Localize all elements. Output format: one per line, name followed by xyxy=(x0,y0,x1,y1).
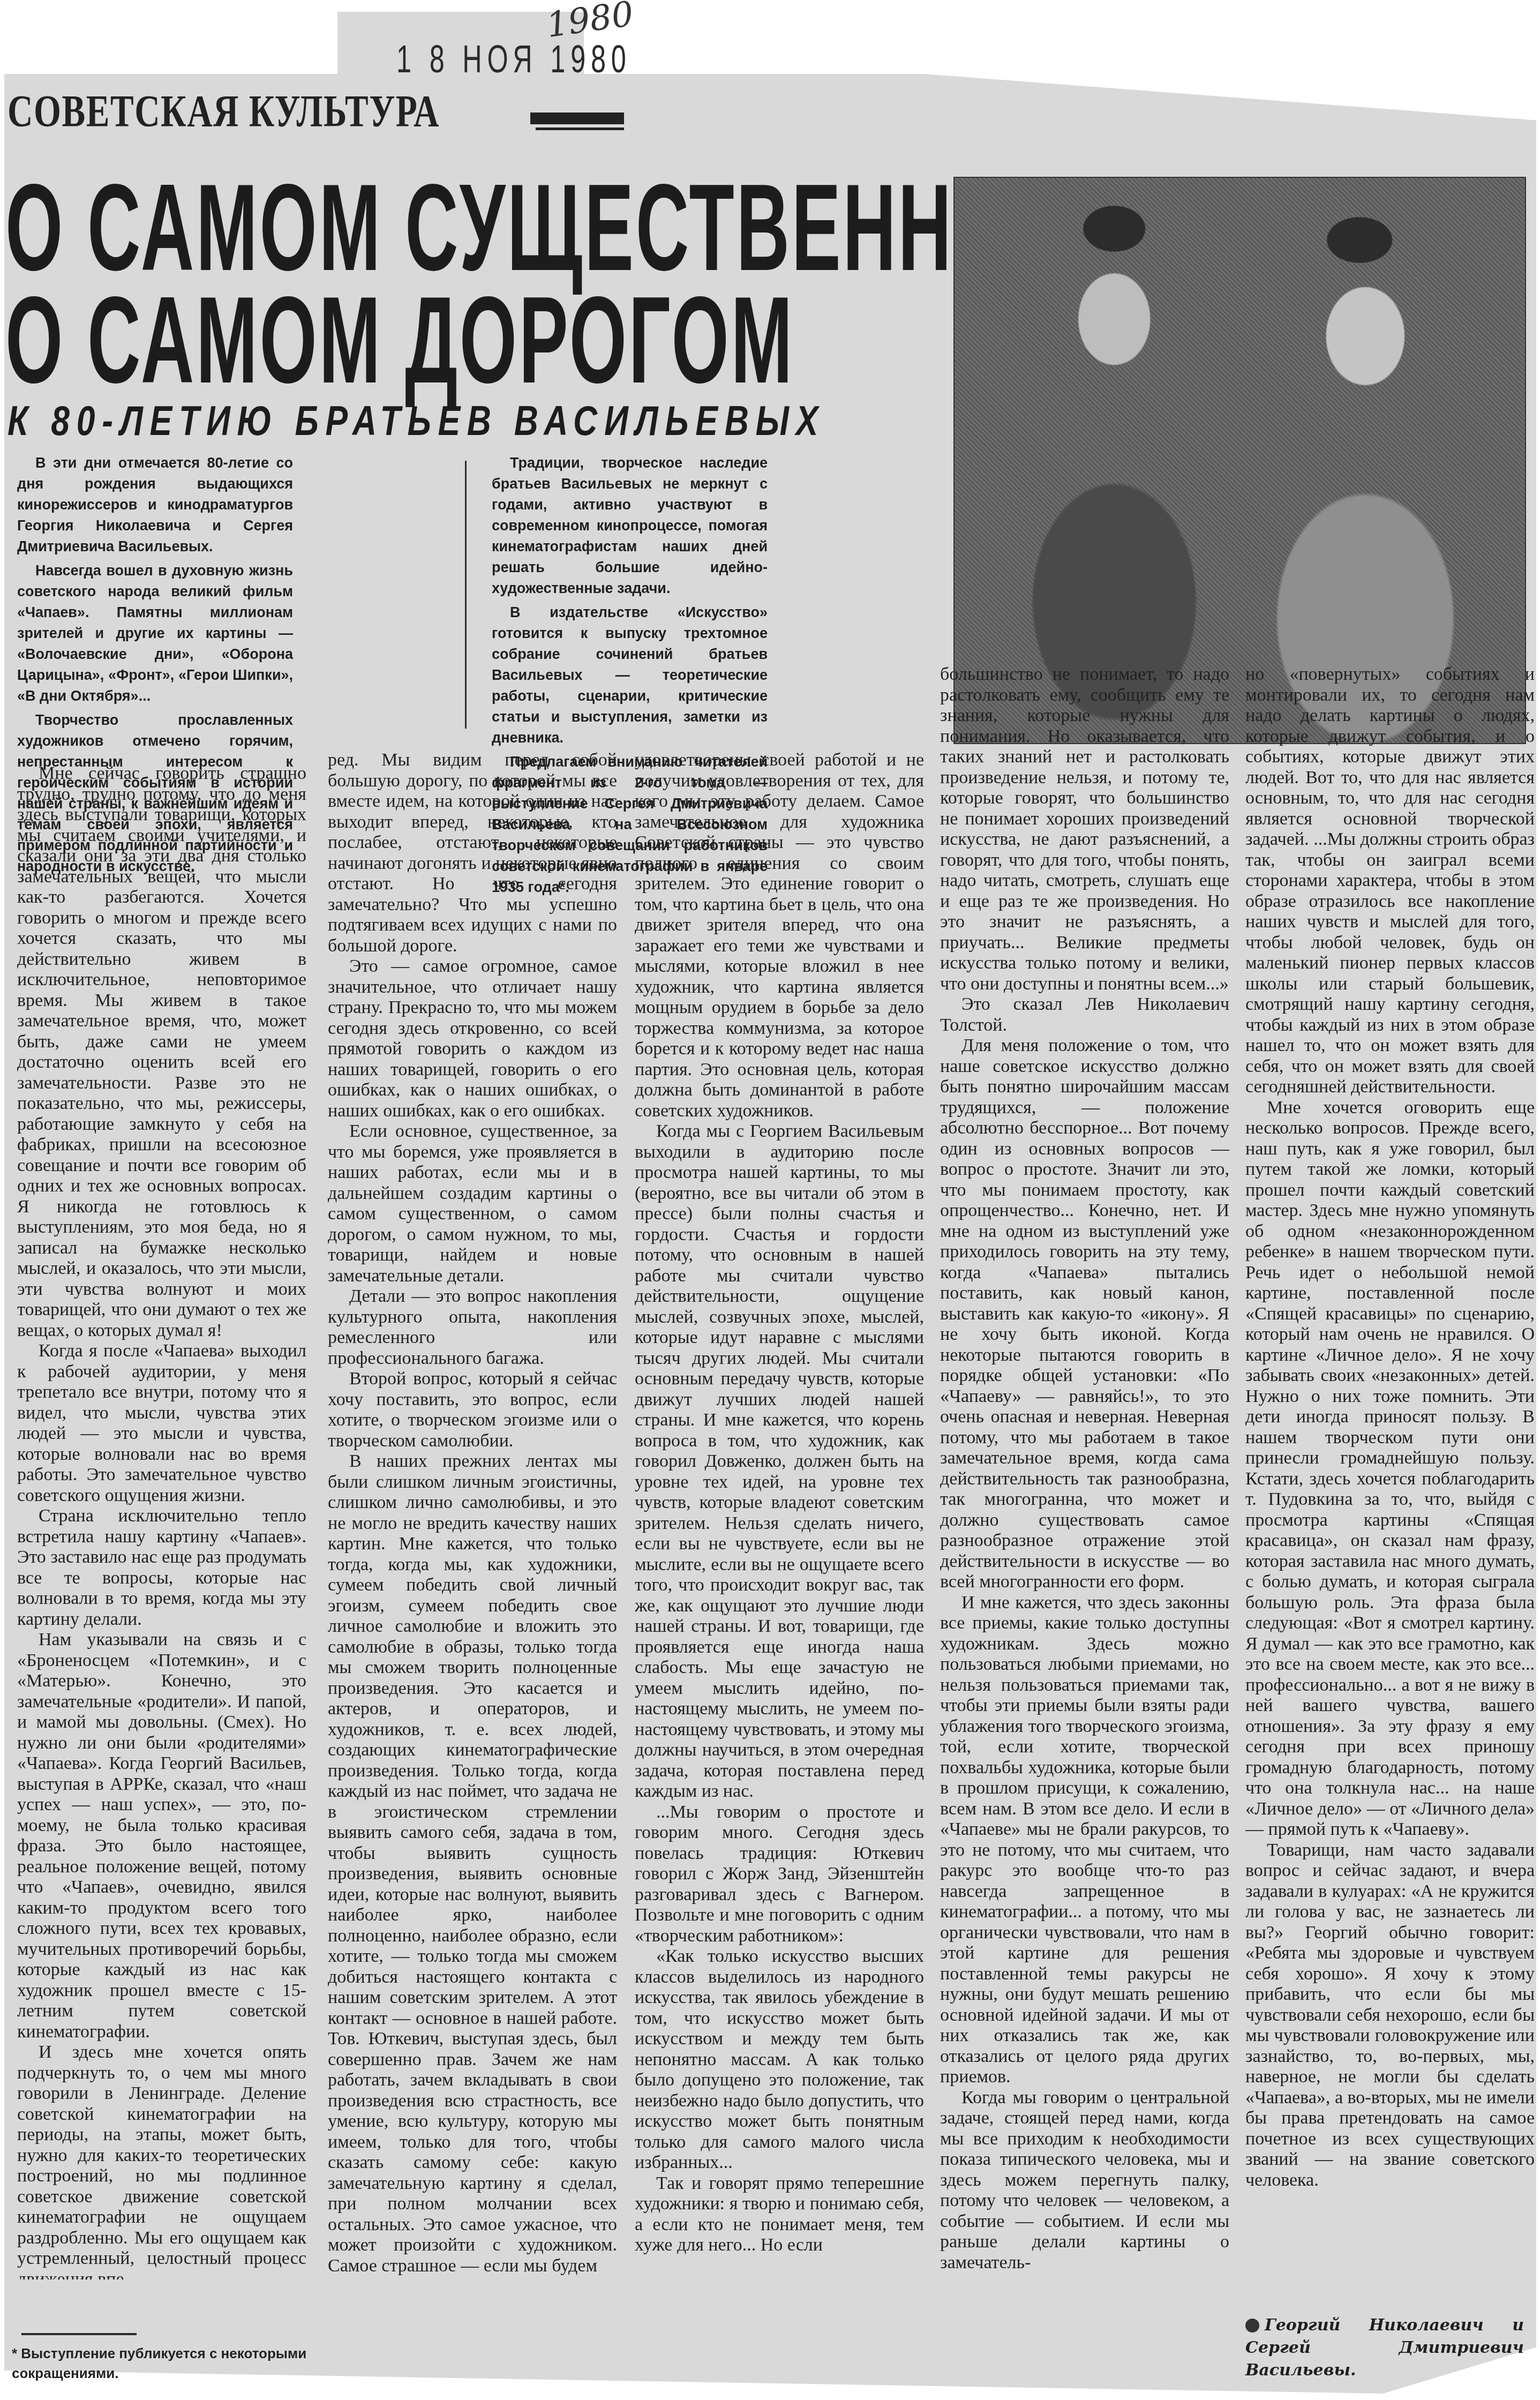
body-paragraph: Это сказал Лев Николаевич Толстой. xyxy=(940,994,1229,1036)
body-paragraph: В наших прежних лентах мы были слишком л… xyxy=(328,1451,617,2276)
date-stamp: 1 8 НОЯ 1980 xyxy=(396,37,632,81)
body-paragraph: удовлетворены своей работой и не получим… xyxy=(635,750,924,1121)
masthead-rule-thin xyxy=(536,127,624,130)
body-paragraph: ред. Мы видим перед собой большую дорогу… xyxy=(328,750,617,956)
body-paragraph: Мне сейчас говорить страшно трудно, труд… xyxy=(17,763,306,1341)
body-column-3: удовлетворены своей работой и не получим… xyxy=(635,750,924,2389)
brothers-photo xyxy=(953,177,1526,744)
body-column-1: Мне сейчас говорить страшно трудно, труд… xyxy=(17,763,306,2279)
body-paragraph: Если основное, существенное, за что мы б… xyxy=(328,1121,617,1286)
body-paragraph: Нам указывали на связь и с «Броненосцем … xyxy=(17,1630,306,2042)
newspaper-masthead: СОВЕТСКАЯ КУЛЬТУРА xyxy=(7,86,440,138)
masthead-rule xyxy=(530,112,624,124)
intro-paragraph: Традиции, творческое наследие братьев Ва… xyxy=(492,453,768,599)
body-paragraph: Это — самое огромное, самое значительное… xyxy=(328,956,617,1121)
intro-paragraph: В эти дни отмечается 80-летие со дня рож… xyxy=(17,453,293,557)
body-paragraph: Страна исключительно тепло встретила наш… xyxy=(17,1506,306,1630)
body-paragraph: Так и говорят прямо теперешние художники… xyxy=(635,2173,924,2256)
body-paragraph: Второй вопрос, который я сейчас хочу пос… xyxy=(328,1369,617,1451)
body-paragraph: ...Мы говорим о простоте и говорим много… xyxy=(635,1802,924,1947)
intro-paragraph: В издательстве «Искусство» готовится к в… xyxy=(492,602,768,748)
intro-paragraph: Навсегда вошел в духовную жизнь советско… xyxy=(17,560,293,707)
body-paragraph: Когда я после «Чапаева» выходил к рабоче… xyxy=(17,1341,306,1506)
body-paragraph: но «повернутых» событиях и монтировали и… xyxy=(1245,664,1535,1098)
body-paragraph: Когда мы говорим о центральной задаче, с… xyxy=(940,2088,1229,2274)
headline-kicker: К 80-ЛЕТИЮ БРАТЬЕВ ВАСИЛЬЕВЫХ xyxy=(7,396,825,445)
body-paragraph: И здесь мне хочется опять подчеркнуть то… xyxy=(17,2042,306,2279)
body-paragraph: Товарищи, нам часто задавали вопрос и се… xyxy=(1245,1840,1535,2191)
photo-caption: Георгий Николаевич и Сергей Дмитриевич В… xyxy=(1245,2314,1524,2382)
body-column-2: ред. Мы видим перед собой большую дорогу… xyxy=(328,750,617,2389)
intro-divider xyxy=(465,461,467,729)
footnote: * Выступление публикуется с некоторыми с… xyxy=(12,2344,312,2383)
body-column-5: но «повернутых» событиях и монтировали и… xyxy=(1245,664,1535,2341)
body-paragraph: Детали — это вопрос накопления культурно… xyxy=(328,1286,617,1369)
photo-caption-text: Георгий Николаевич и Сергей Дмитриевич В… xyxy=(1245,2316,1524,2380)
body-paragraph: Когда мы с Георгием Васильевым выходили … xyxy=(635,1121,924,1802)
footnote-rule xyxy=(21,2333,137,2335)
body-paragraph: И мне кажется, что здесь законны все при… xyxy=(940,1593,1229,2088)
body-column-4: большинство не понимает, то надо растолк… xyxy=(940,664,1229,2389)
headline-line-2: О САМОМ ДОРОГОМ xyxy=(5,279,794,402)
body-paragraph: большинство не понимает, то надо растолк… xyxy=(940,664,1229,994)
body-paragraph: Для меня положение о том, что наше совет… xyxy=(940,1036,1229,1593)
bullet-icon xyxy=(1245,2319,1259,2332)
body-paragraph: Мне хочется оговорить еще несколько вопр… xyxy=(1245,1098,1535,1840)
body-paragraph: «Как только искусство высших классов выд… xyxy=(635,1946,924,2173)
